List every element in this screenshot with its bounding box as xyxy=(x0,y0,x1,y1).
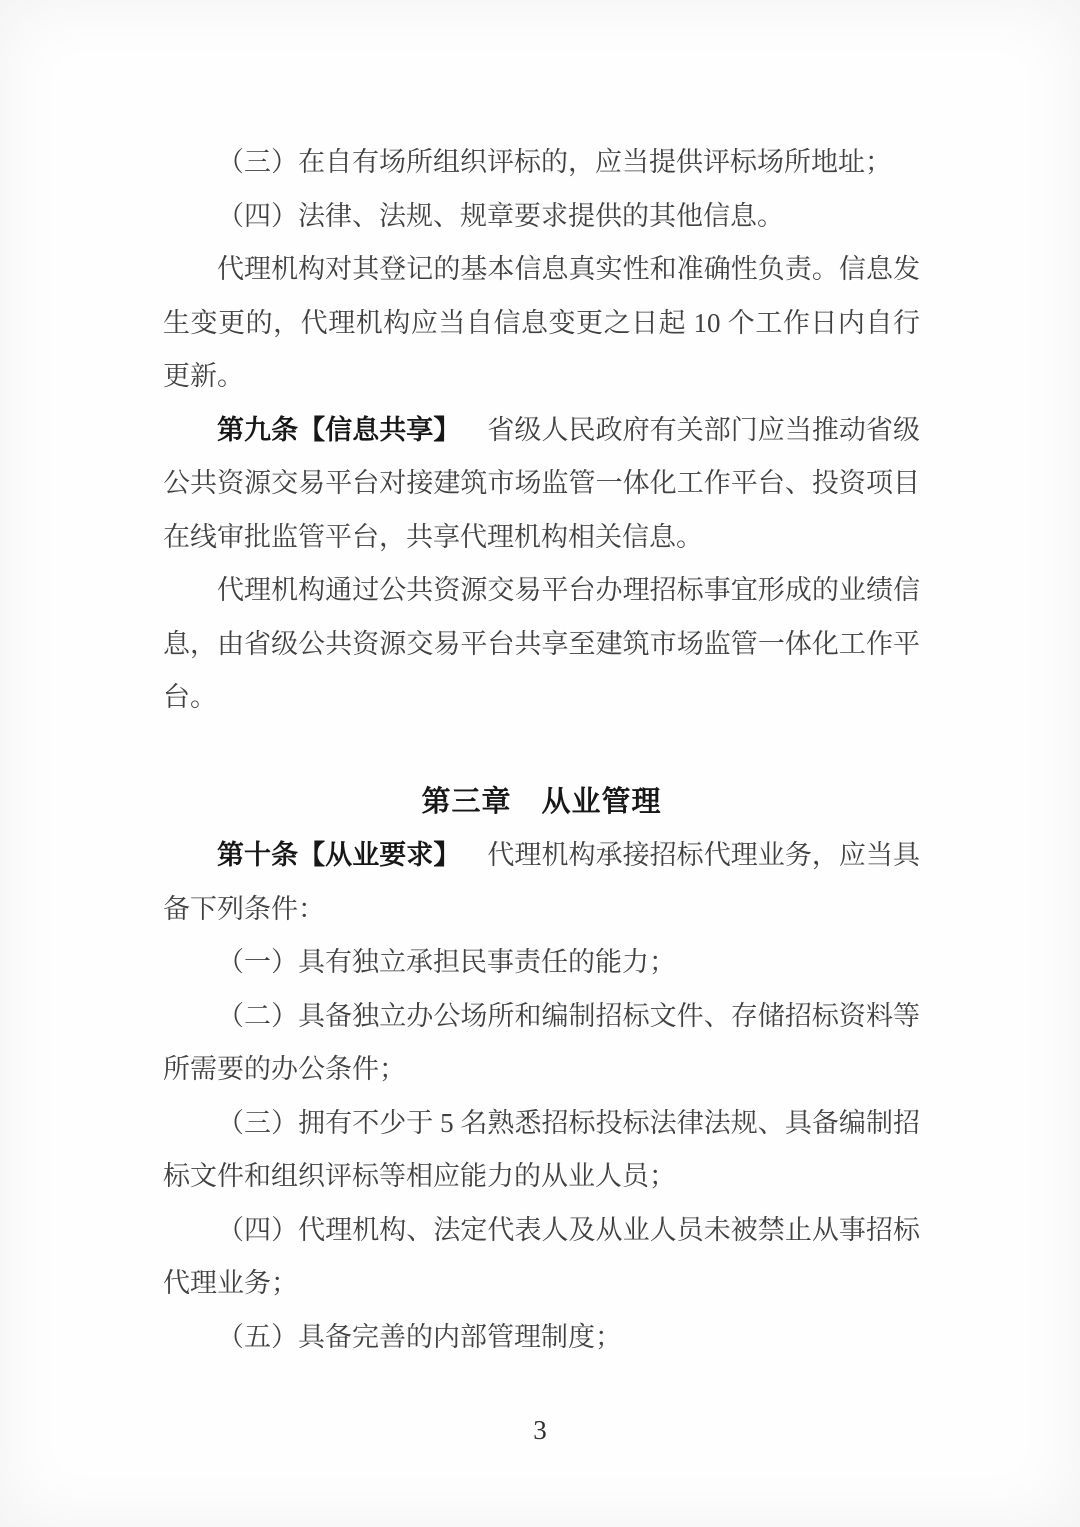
article-head: 第九条【信息共享】 xyxy=(217,415,460,445)
article-head: 第十条【从业要求】 xyxy=(217,840,460,870)
clause-item: （四）代理机构、法定代表人及从业人员未被禁止从事招标代理业务； xyxy=(163,1204,920,1311)
page-footer: 3 xyxy=(0,1407,1080,1453)
clause-item: （一）具有独立承担民事责任的能力； xyxy=(163,936,920,990)
document-page: （三）在自有场所组织评标的，应当提供评标场所地址； （四）法律、法规、规章要求提… xyxy=(0,0,1080,1527)
body-paragraph: 代理机构对其登记的基本信息真实性和准确性负责。信息发生变更的，代理机构应当自信息… xyxy=(163,243,920,404)
body-paragraph: 代理机构通过公共资源交易平台办理招标事宜形成的业绩信息，由省级公共资源交易平台共… xyxy=(163,564,920,725)
clause-item: （五）具备完善的内部管理制度； xyxy=(163,1311,920,1365)
page-number: 3 xyxy=(533,1415,547,1445)
clause-item: （三）在自有场所组织评标的，应当提供评标场所地址； xyxy=(163,136,920,190)
clause-item: （三）拥有不少于 5 名熟悉招标投标法律法规、具备编制招标文件和组织评标等相应能… xyxy=(163,1097,920,1204)
document-body: （三）在自有场所组织评标的，应当提供评标场所地址； （四）法律、法规、规章要求提… xyxy=(163,136,920,1364)
clause-item: （二）具备独立办公场所和编制招标文件、存储招标资料等所需要的办公条件； xyxy=(163,990,920,1097)
article-paragraph: 第十条【从业要求】代理机构承接招标代理业务，应当具备下列条件： xyxy=(163,829,920,936)
chapter-heading: 第三章 从业管理 xyxy=(163,776,920,830)
clause-item: （四）法律、法规、规章要求提供的其他信息。 xyxy=(163,190,920,244)
article-paragraph: 第九条【信息共享】省级人民政府有关部门应当推动省级公共资源交易平台对接建筑市场监… xyxy=(163,404,920,565)
